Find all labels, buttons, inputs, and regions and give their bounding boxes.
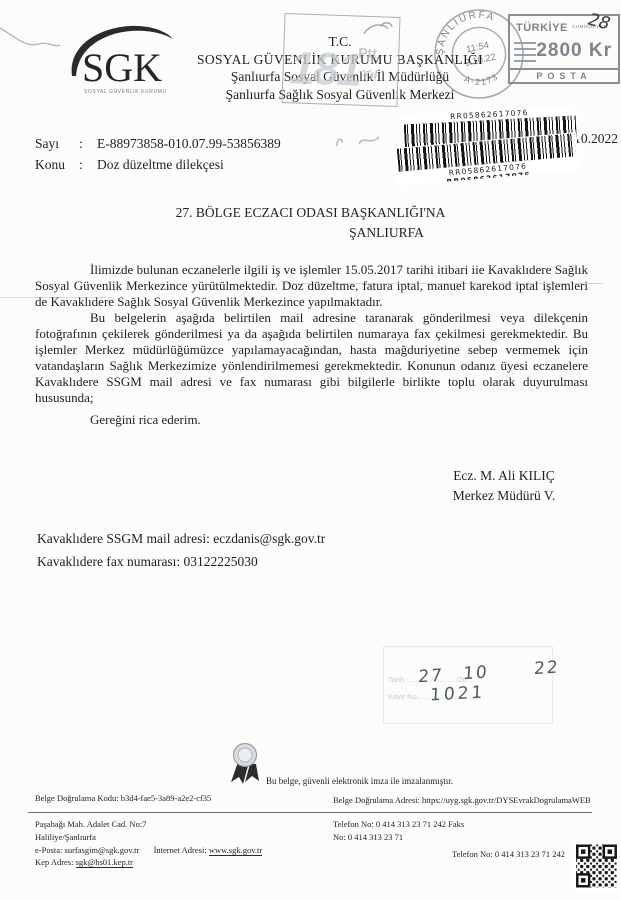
footer-divider <box>28 812 592 813</box>
recipient-line1: 27. BÖLGE ECZACI ODASI BAŞKANLIĞI'NA <box>176 205 446 220</box>
konu-row: Konu : Doz düzeltme dilekçesi <box>35 154 281 175</box>
ssgm-fax-line: Kavaklıdere fax numarası: 03122225030 <box>37 550 325 573</box>
sayi-separator: : <box>79 133 97 154</box>
recipient-block: 27. BÖLGE ECZACI ODASI BAŞKANLIĞI'NA ŞAN… <box>0 203 621 243</box>
sgk-logo-subtext: SOSYAL GÜVENLİK KURUMU <box>84 88 167 95</box>
internet-label: İnternet Adresi: <box>154 845 207 855</box>
seal-ribbon-icon <box>228 742 264 786</box>
recipient-city: ŞANLIURFA <box>76 223 621 243</box>
konu-separator: : <box>79 154 97 175</box>
footer-address-block: Paşabağı Mah. Adalet Cad. No:7 Haliliye/… <box>35 818 335 869</box>
konu-label: Konu <box>35 154 79 175</box>
body-paragraph-2: Bu belgelerin aşağıda belirtilen mail ad… <box>35 310 588 406</box>
handwritten-month: 10 <box>462 662 489 684</box>
handwritten-number: 1021 <box>430 683 486 706</box>
footer-fax-number: No: 0 414 313 23 71 <box>333 831 588 844</box>
sayi-value: E-88973858-010.07.99-53856389 <box>97 133 281 154</box>
footer-phone-block: Telefon No: 0 414 313 23 71 242 Faks No:… <box>333 818 588 844</box>
footer-kep-row: Kep Adres: sgk@hs01.kep.tr <box>35 856 335 869</box>
internet-value: www.sgk.gov.tr <box>209 845 262 856</box>
postage-service-label: POSTA <box>510 68 618 81</box>
signer-name: Ecz. M. Ali KILIÇ <box>425 466 583 486</box>
letter-body: İlimizde bulunan eczanelerle ilgili iş v… <box>35 262 588 428</box>
qr-code-icon <box>574 840 619 892</box>
letterhead-directorate: Şanlıurfa Sosyal Güvenlik İl Müdürlüğü <box>170 68 510 86</box>
postage-meter-middle: 2800 Kr <box>510 36 618 68</box>
postage-amount: 2800 Kr <box>536 40 612 62</box>
pen-marks <box>333 130 399 156</box>
sgk-logo-text: SGK <box>82 45 162 90</box>
closing-line: Gereğini rica ederim. <box>35 412 588 428</box>
ssgm-mail-line: Kavaklıdere SSGM mail adresi: eczdanis@s… <box>37 527 325 550</box>
footer-phone-fax: Telefon No: 0 414 313 23 71 242 Faks <box>333 818 588 831</box>
konu-value: Doz düzeltme dilekçesi <box>97 154 224 175</box>
footer-phone-secondary: Telefon No: 0 414 313 23 71 242 <box>452 849 565 859</box>
kep-label: Kep Adres: <box>35 857 73 867</box>
scanned-letter-page: SGK SOSYAL GÜVENLİK KURUMU T.C. SOSYAL G… <box>0 0 621 900</box>
letterhead-tc: T.C. <box>170 33 510 51</box>
verification-address: Belge Doğrulama Adresi: https://uyg.sgk.… <box>333 795 591 805</box>
reference-block: Sayı : E-88973858-010.07.99-53856389 Kon… <box>35 133 281 175</box>
signature-block: Ecz. M. Ali KILIÇ Merkez Müdürü V. <box>425 466 583 506</box>
footer-street: Paşabağı Mah. Adalet Cad. No:7 <box>35 818 335 831</box>
handwritten-year: 22 <box>533 657 560 679</box>
esignature-note: Bu belge, güvenli elektronik imza ile im… <box>266 776 453 786</box>
sayi-label: Sayı <box>35 133 79 154</box>
contact-info: Kavaklıdere SSGM mail adresi: eczdanis@s… <box>37 527 325 573</box>
letterhead-org: SOSYAL GÜVENLİK KURUMU BAŞKANLIĞI <box>170 51 510 69</box>
eposta-label: e-Posta: <box>35 845 62 855</box>
sgk-logo: SGK SOSYAL GÜVENLİK KURUMU <box>60 20 182 100</box>
verification-code: Belge Doğrulama Kodu: b3d4-fae5-3a89-a2e… <box>35 793 211 803</box>
eposta-value: surfasgim@sgk.gov.tr <box>65 845 140 855</box>
footer-eposta-row: e-Posta: surfasgim@sgk.gov.tr İnternet A… <box>35 844 335 857</box>
body-paragraph-1: İlimizde bulunan eczanelerle ilgili iş v… <box>35 262 588 310</box>
letterhead-center: Şanlıurfa Sağlık Sosyal Güvenlik Merkezi <box>170 86 510 104</box>
postage-country: TÜRKİYE <box>516 22 568 34</box>
signer-title: Merkez Müdürü V. <box>425 486 583 506</box>
letterhead: T.C. SOSYAL GÜVENLİK KURUMU BAŞKANLIĞI Ş… <box>170 33 510 103</box>
kep-value: sgk@hs01.kep.tr <box>76 857 133 868</box>
footer-district: Haliliye/Şanlıurfa <box>35 831 335 844</box>
sayi-row: Sayı : E-88973858-010.07.99-53856389 <box>35 133 281 154</box>
